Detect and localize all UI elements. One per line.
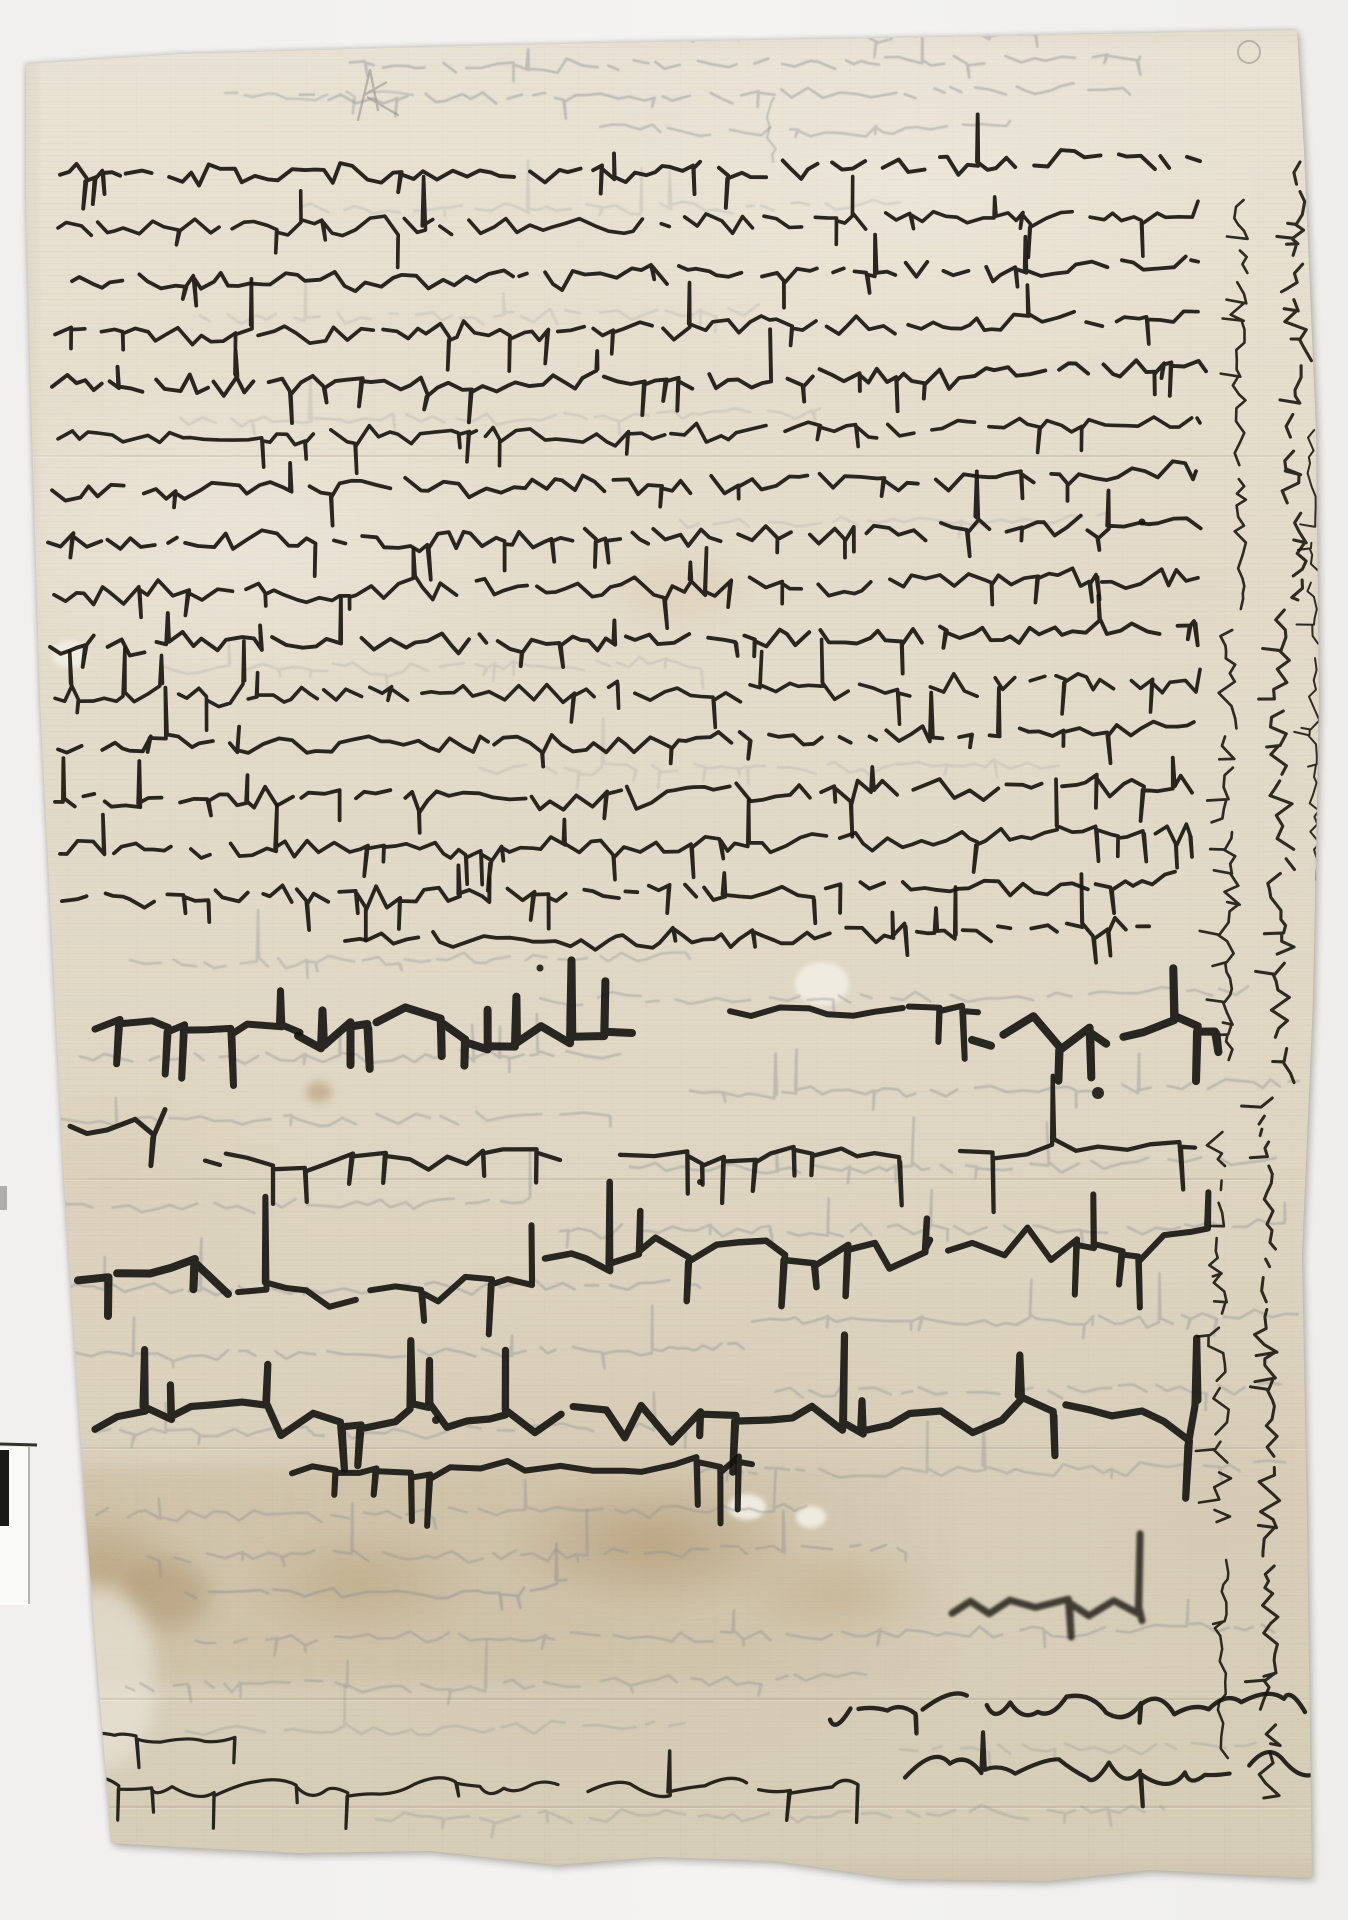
paper-edge-shading — [0, 0, 1348, 1920]
manuscript-page-wrap — [0, 0, 1348, 1920]
manuscript-page — [0, 0, 1348, 1920]
scan-background — [0, 0, 1348, 1920]
